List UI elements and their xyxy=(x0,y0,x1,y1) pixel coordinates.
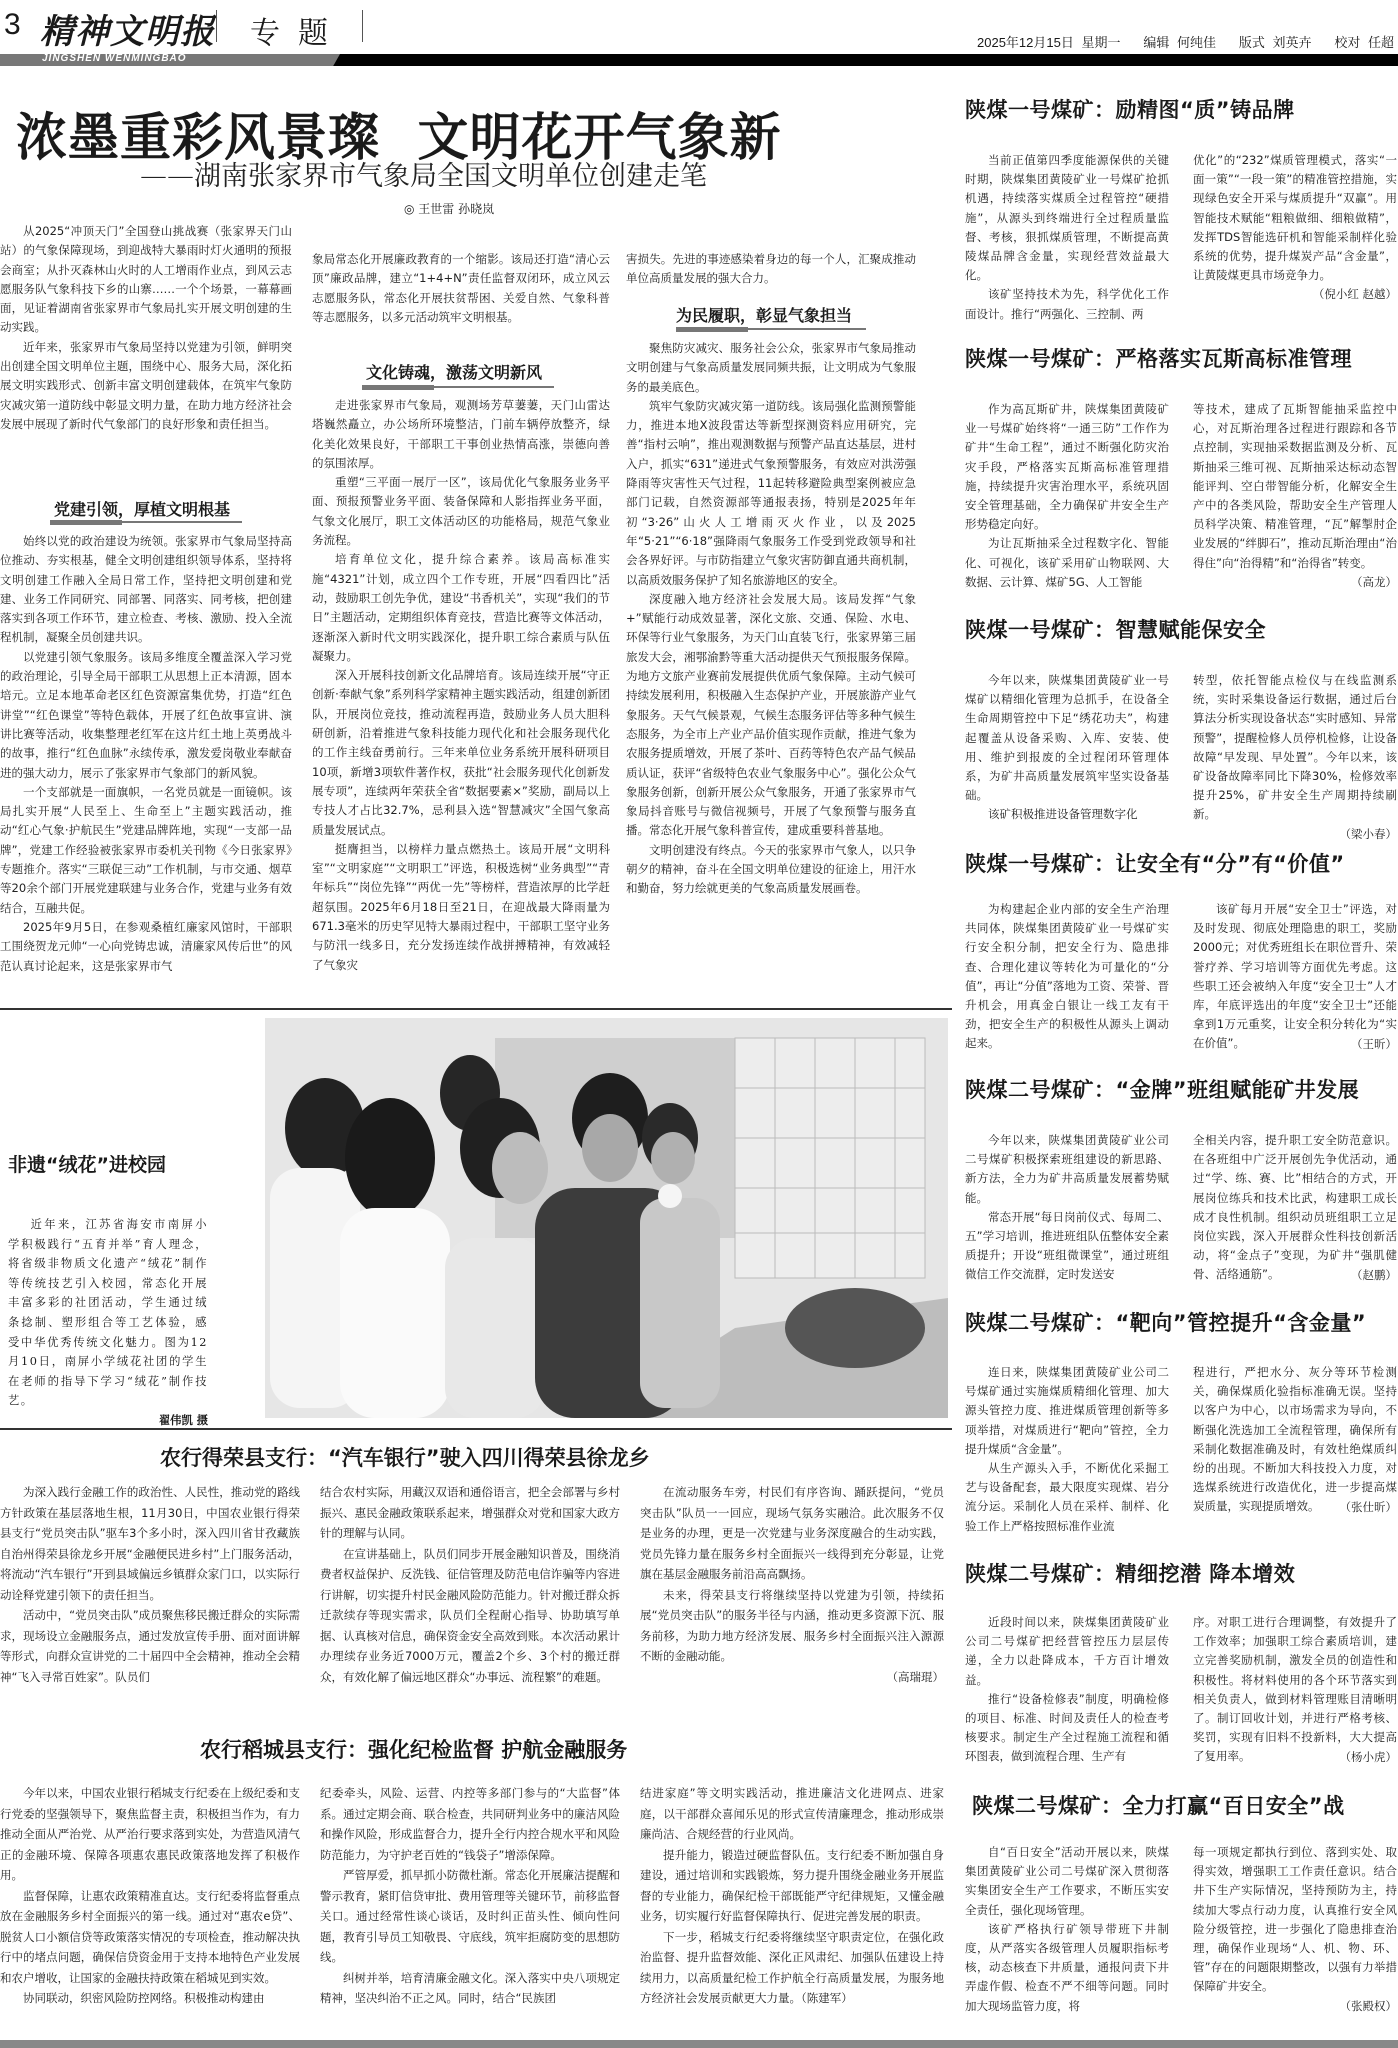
paragraph: 为让瓦斯抽采全过程数字化、智能化、可视化，该矿采用矿山物联网、大数据、云计算、煤… xyxy=(965,534,1169,592)
sidebar-col-left: 今年以来，陕煤集团黄陵矿业公司二号煤矿积极探索班组建设的新思路、新方法，全力为矿… xyxy=(965,1131,1169,1285)
caption-paragraph: 近年来，江苏省海安市南屏小学积极践行“五育并举”育人理念，将省级非物质文化遗产“… xyxy=(8,1215,208,1411)
sidebar-col-left: 连日来，陕煤集团黄陵矿业公司二号煤矿通过实施煤质精细化管理、加大源头管控力度、推… xyxy=(965,1363,1169,1536)
sidebar-title: 陕煤一号煤矿：励精图“质”铸品牌 xyxy=(965,94,1295,124)
article-signature: （高龙） xyxy=(1193,573,1397,592)
photo-caption: 近年来，江苏省海安市南屏小学积极践行“五育并举”育人理念，将省级非物质文化遗产“… xyxy=(8,1215,208,1431)
paragraph: 从2025“冲顶天门”全国登山挑战赛（张家界天门山站）的气象保障现场，到迎战特大… xyxy=(0,222,292,338)
sidebar-col-right: 程进行，严把水分、灰分等环节检测关，确保煤质化验指标准确无误。坚持以客户为中心，… xyxy=(1193,1363,1397,1517)
paragraph: 培育单位文化，提升综合素养。该局高标准实施“4321”计划，成立四个工作专班，开… xyxy=(312,550,610,666)
paragraph: 今年以来，陕煤集团黄陵矿业一号煤矿以精细化管理为总抓手，在设备全生命周期管控中下… xyxy=(965,671,1169,805)
paragraph: 挺膺担当，以榜样力量点燃热土。该局开展“文明科室”“文明家庭”“文明职工”评选，… xyxy=(312,840,610,975)
daocheng-col3: 结进家庭”等文明实践活动，推进廉洁文化进网点、进家庭，以干部群众喜闻乐见的形式宣… xyxy=(640,1783,944,2009)
paragraph: 推行“设备检修表”制度，明确检修的项目、标准、时间及责任人的检查考核要求。制定生… xyxy=(965,1690,1169,1767)
page-number: 3 xyxy=(4,8,21,42)
section-label: 专题 xyxy=(250,8,346,52)
sidebar-col-right: 序。对职工进行合理调整，有效提升了工作效率；加强职工综合素质培训，建立完善奖励机… xyxy=(1193,1613,1397,1767)
divider xyxy=(216,10,217,42)
sidebar-gutter xyxy=(955,70,956,2035)
paragraph: 一个支部就是一面旗帜，一名党员就是一面镜帜。该局扎实开展“人民至上、生命至上”主… xyxy=(0,783,292,918)
editor-name: 何纯佳 xyxy=(1177,35,1216,50)
main-col3-top: 害损失。先进的事迹感染着身边的每一个人，汇聚成推动单位高质量发展的强大合力。 xyxy=(626,250,916,289)
paragraph: 在流动服务车旁，村民们有序咨询、踊跃提问，“党员突击队”队员一一回应，现场气氛务… xyxy=(640,1482,944,1585)
paragraph: 未来，得荣县支行将继续坚持以党建为引领，持续拓展“党员突击队”的服务半径与内涵，… xyxy=(640,1585,944,1667)
paragraph: 结合农村实际，用藏汉双语和通俗语言，把全会部署与乡村振兴、惠民金融政策联系起来，… xyxy=(320,1482,620,1544)
news-photo xyxy=(265,1018,948,1418)
paragraph: 自“百日安全”活动开展以来，陕煤集团黄陵矿业公司二号煤矿深入贯彻落实集团安全生产… xyxy=(965,1843,1169,1920)
layout-name: 刘英卉 xyxy=(1272,35,1311,50)
divider xyxy=(362,10,363,42)
sidebar-col-left: 作为高瓦斯矿井，陕煤集团黄陵矿业一号煤矿始终将“一通三防”工作作为矿井“生命工程… xyxy=(965,400,1169,592)
article-signature: （张殿权） xyxy=(1193,1997,1397,2016)
newspaper-logo: 精神文明报 xyxy=(40,4,215,53)
paragraph: 走进张家界市气象局，观测场芳草萋萋，天门山雷达塔巍然矗立，办公场所环境整洁，门前… xyxy=(312,396,610,473)
paragraph: 活动中，“党员突击队”成员聚焦移民搬迁群众的实际需求，现场设立金融服务点，通过发… xyxy=(0,1605,300,1687)
sidebar-col-right: 每一项规定都执行到位、落到实处、取得实效，增强职工工作责任意识。结合井下生产实际… xyxy=(1193,1843,1397,2016)
paragraph: 该矿积极推进设备管理数字化 xyxy=(965,805,1169,824)
paragraph: 象局常态化开展廉政教育的一个缩影。该局还打造“清心云顶”廉政品牌，建立“1+4+… xyxy=(312,250,610,327)
paragraph: 从生产源头入手，不断优化采掘工艺与设备配套，最大限度实现煤、岩分流分运。采制化人… xyxy=(965,1459,1169,1536)
article-signature: （高瑞琨） xyxy=(640,1667,944,1688)
sidebar-title: 陕煤一号煤矿：让安全有“分”有“价值” xyxy=(965,848,1345,878)
sidebar-title: 陕煤二号煤矿：“靶向”管控提升“含金量” xyxy=(965,1307,1366,1337)
section-divider xyxy=(0,1428,952,1430)
newspaper-roman-name: JINGSHEN WENMINGBAO xyxy=(42,53,187,64)
paragraph: 重塑“三平面一展厅一区”，该局优化气象服务业务平面、预报预警业务平面、装备保障和… xyxy=(312,473,610,550)
sidebar-col-right: 全相关内容，提升职工安全防范意识。在各班组中广泛开展创先争优活动，通过“学、练、… xyxy=(1193,1131,1397,1285)
paragraph: 作为高瓦斯矿井，陕煤集团黄陵矿业一号煤矿始终将“一通三防”工作作为矿井“生命工程… xyxy=(965,400,1169,534)
subhead-rule-accent xyxy=(362,385,434,390)
sidebar-col-right: 优化”的“232”煤质管理模式，落实“一面一策”“一段一策”的精准管控措施，实现… xyxy=(1193,151,1397,305)
paragraph: 下一步，稻城支行纪委将继续坚守职责定位，在强化政治监督、提升监督效能、深化正风肃… xyxy=(640,1927,944,2009)
paragraph: 序。对职工进行合理调整，有效提升了工作效率；加强职工综合素质培训，建立完善奖励机… xyxy=(1193,1613,1397,1767)
paragraph: 今年以来，中国农业银行稻城支行纪委在上级纪委和支行党委的坚强领导下，聚焦监督主责… xyxy=(0,1783,300,1886)
masthead: 3 精神文明报 专题 2025年12月15日 星期一 编辑 何纯佳 版式 刘英卉… xyxy=(0,0,1398,54)
main-col1-intro: 从2025“冲顶天门”全国登山挑战赛（张家界天门山站）的气象保障现场，到迎战特大… xyxy=(0,222,292,434)
paragraph: 深入开展科技创新文化品牌培育。该局连续开展“守正创新·奉献气象”系列科学家精神主… xyxy=(312,666,610,840)
article-signature: （倪小红 赵越） xyxy=(1193,285,1397,304)
daocheng-col1: 今年以来，中国农业银行稻城支行纪委在上级纪委和支行党委的坚强领导下，聚焦监督主责… xyxy=(0,1783,300,2009)
paragraph: 2025年9月5日，在参观桑植红廉家风馆时，干部职工围绕贺龙元帅“一心向党铸忠诚… xyxy=(0,918,292,976)
sidebar-col-left: 当前正值第四季度能源保供的关键时期，陕煤集团黄陵矿业一号煤矿抢抓机遇，持续落实煤… xyxy=(965,151,1169,324)
main-col1-body: 始终以党的政治建设为统领。张家界市气象局坚持高位推动、夯实根基，健全文明创建组织… xyxy=(0,532,292,976)
paragraph: 为构建起企业内部的安全生产治理共同体，陕煤集团黄陵矿业一号煤矿实行安全积分制，把… xyxy=(965,900,1169,1054)
subhead-culture: 文化铸魂，激荡文明新风 xyxy=(366,360,542,383)
paragraph: 转型，依托智能点检仪与在线监测系统，实时采集设备运行数据，通过后台算法分析实现设… xyxy=(1193,671,1397,825)
paragraph: 结进家庭”等文明实践活动，推进廉洁文化进网点、进家庭，以干部群众喜闻乐见的形式宣… xyxy=(640,1783,944,1845)
paragraph: 该矿严格执行矿领导带班下井制度，从严落实各级管理人员履职指标考核，动态核查下井质… xyxy=(965,1920,1169,2016)
section-divider xyxy=(0,1008,952,1010)
main-col2-body: 走进张家界市气象局，观测场芳草萋萋，天门山雷达塔巍然矗立，办公场所环境整洁，门前… xyxy=(312,396,610,975)
paragraph: 聚焦防灾减灾、服务社会公众，张家界市气象局推动文明创建与气象高质量发展同频共振，… xyxy=(626,339,916,397)
main-col3-body: 聚焦防灾减灾、服务社会公众，张家界市气象局推动文明创建与气象高质量发展同频共振，… xyxy=(626,339,916,899)
sidebar-title: 陕煤二号煤矿：全力打赢“百日安全”战 xyxy=(972,1790,1345,1820)
paragraph: 等技术，建成了瓦斯智能抽采监控中心，对瓦斯治理各过程进行跟踪和各节点控制，实现抽… xyxy=(1193,400,1397,573)
paragraph: 筑牢气象防灾减灾第一道防线。该局强化监测预警能力，推进本地X波段雷达等新型探测资… xyxy=(626,397,916,590)
issue-weekday: 星期一 xyxy=(1081,35,1120,50)
photo-feature-title: 非遗“绒花”进校园 xyxy=(8,1150,166,1177)
sidebar-col-left: 自“百日安全”活动开展以来，陕煤集团黄陵矿业公司二号煤矿深入贯彻落实集团安全生产… xyxy=(965,1843,1169,2016)
paragraph: 优化”的“232”煤质管理模式，落实“一面一策”“一段一策”的精准管控措施，实现… xyxy=(1193,151,1397,285)
sidebar-col-left: 今年以来，陕煤集团黄陵矿业一号煤矿以精细化管理为总抓手，在设备全生命周期管控中下… xyxy=(965,671,1169,825)
paragraph: 近年来，张家界市气象局坚持以党建为引领，鲜明突出创建全国文明单位主题，围绕中心、… xyxy=(0,338,292,434)
paragraph: 严管厚爱，抓早抓小防微杜渐。常态化开展廉洁提醒和警示教育，紧盯信贷审批、费用管理… xyxy=(320,1865,620,1968)
paragraph: 在宣讲基础上，队员们同步开展金融知识普及，围绕消费者权益保护、反洗钱、征信管理及… xyxy=(320,1544,620,1688)
paragraph: 协同联动，织密风险防控网络。积极推动构建由 xyxy=(0,1988,300,2009)
subhead-service: 为民履职，彰显气象担当 xyxy=(676,303,852,326)
sidebar-col-right: 该矿每月开展“安全卫士”评选，对及时发现、彻底处理隐患的职工，奖励2000元；对… xyxy=(1193,900,1397,1054)
sidebar-col-left: 近段时间以来，陕煤集团黄陵矿业公司二号煤矿把经营管控压力层层传递，全力以赴降成本… xyxy=(965,1613,1169,1767)
paragraph: 纪委牵头，风险、运营、内控等多部门参与的“大监督”体系。通过定期会商、联合检查，… xyxy=(320,1783,620,1865)
footer-bar xyxy=(0,2040,1398,2048)
paragraph: 文明创建没有终点。今天的张家界市气象人，以只争朝夕的精神，奋斗在全国文明单位建设… xyxy=(626,841,916,899)
subhead-rule-accent xyxy=(50,520,122,525)
editor-label: 编辑 xyxy=(1143,35,1169,50)
sidebar-col-left: 为构建起企业内部的安全生产治理共同体，陕煤集团黄陵矿业一号煤矿实行安全积分制，把… xyxy=(965,900,1169,1054)
proof-label: 校对 xyxy=(1334,35,1360,50)
paragraph: 监督保障，让惠农政策精准直达。支行纪委将监督重点放在金融服务乡村全面振兴的第一线… xyxy=(0,1886,300,1989)
article-signature: （梁小春） xyxy=(1193,825,1397,844)
paragraph: 连日来，陕煤集团黄陵矿业公司二号煤矿通过实施煤质精细化管理、加大源头管控力度、推… xyxy=(965,1363,1169,1459)
sidebar-title: 陕煤二号煤矿：“金牌”班组赋能矿井发展 xyxy=(965,1074,1359,1104)
derong-col3: 在流动服务车旁，村民们有序咨询、踊跃提问，“党员突击队”队员一一回应，现场气氛务… xyxy=(640,1482,944,1687)
paragraph: 每一项规定都执行到位、落到实处、取得实效，增强职工工作责任意识。结合井下生产实际… xyxy=(1193,1843,1397,1997)
layout-label: 版式 xyxy=(1239,35,1265,50)
subhead-rule-accent xyxy=(676,327,748,332)
paragraph: 今年以来，陕煤集团黄陵矿业公司二号煤矿积极探索班组建设的新思路、新方法，全力为矿… xyxy=(965,1131,1169,1208)
paragraph: 该矿每月开展“安全卫士”评选，对及时发现、彻底处理隐患的职工，奖励2000元；对… xyxy=(1193,900,1397,1054)
photo-illustration xyxy=(265,1018,948,1418)
derong-col1: 为深入践行金融工作的政治性、人民性，推动党的路线方针政策在基层落地生根，11月3… xyxy=(0,1482,300,1687)
sidebar-title: 陕煤二号煤矿：精细挖潜 降本增效 xyxy=(965,1558,1295,1588)
main-subheadline: ——湖南张家界市气象局全国文明单位创建走笔 xyxy=(140,154,707,193)
paragraph: 纠树并举，培育清廉金融文化。深入落实中央八项规定精神，坚决纠治不正之风。同时，结… xyxy=(320,1968,620,2009)
paragraph: 提升能力，锻造过硬监督队伍。支行纪委不断加强自身建设，通过培训和实践锻炼，努力提… xyxy=(640,1845,944,1927)
paragraph: 该矿坚持技术为先，科学优化工作面设计。推行“两强化、三控制、两 xyxy=(965,285,1169,323)
issue-date: 2025年12月15日 xyxy=(977,35,1074,50)
article-title-daocheng: 农行稻城县支行：强化纪检监督 护航金融服务 xyxy=(200,1734,627,1764)
paragraph: 近段时间以来，陕煤集团黄陵矿业公司二号煤矿把经营管控压力层层传递，全力以赴降成本… xyxy=(965,1613,1169,1690)
sidebar-title: 陕煤一号煤矿：严格落实瓦斯高标准管理 xyxy=(965,343,1352,373)
main-byline: ◎ 王世雷 孙晓岚 xyxy=(404,200,494,217)
paragraph: 常态开展“每日岗前仪式、每周二、五”学习培训，推进班组队伍整体安全素质提升；开设… xyxy=(965,1208,1169,1285)
paragraph: 为深入践行金融工作的政治性、人民性，推动党的路线方针政策在基层落地生根，11月3… xyxy=(0,1482,300,1605)
proof-name: 任超 xyxy=(1368,35,1394,50)
subhead-party-building: 党建引领，厚植文明根基 xyxy=(54,497,230,520)
paragraph: 全相关内容，提升职工安全防范意识。在各班组中广泛开展创先争优活动，通过“学、练、… xyxy=(1193,1131,1397,1285)
paragraph: 始终以党的政治建设为统领。张家界市气象局坚持高位推动、夯实根基，健全文明创建组织… xyxy=(0,532,292,648)
paragraph: 害损失。先进的事迹感染着身边的每一个人，汇聚成推动单位高质量发展的强大合力。 xyxy=(626,250,916,289)
sidebar-title: 陕煤一号煤矿：智慧赋能保安全 xyxy=(965,614,1266,644)
paragraph: 当前正值第四季度能源保供的关键时期，陕煤集团黄陵矿业一号煤矿抢抓机遇，持续落实煤… xyxy=(965,151,1169,285)
paragraph: 以党建引领气象服务。该局多维度全覆盖深入学习党的政治理论，引导全局干部职工从思想… xyxy=(0,648,292,783)
issue-meta: 2025年12月15日 星期一 编辑 何纯佳 版式 刘英卉 校对 任超 xyxy=(977,32,1394,51)
paragraph: 程进行，严把水分、灰分等环节检测关，确保煤质化验指标准确无误。坚持以客户为中心，… xyxy=(1193,1363,1397,1517)
paragraph: 深度融入地方经济社会发展大局。该局发挥“气象+”赋能行动成效显著，深化文旅、交通… xyxy=(626,590,916,841)
sidebar-col-right: 转型，依托智能点检仪与在线监测系统，实时采集设备运行数据，通过后台算法分析实现设… xyxy=(1193,671,1397,844)
sidebar-col-right: 等技术，建成了瓦斯智能抽采监控中心，对瓦斯治理各过程进行跟踪和各节点控制，实现抽… xyxy=(1193,400,1397,592)
article-title-derong: 农行得荣县支行：“汽车银行”驶入四川得荣县徐龙乡 xyxy=(160,1442,650,1472)
main-col2-top: 象局常态化开展廉政教育的一个缩影。该局还打造“清心云顶”廉政品牌，建立“1+4+… xyxy=(312,250,610,327)
daocheng-col2: 纪委牵头，风险、运营、内控等多部门参与的“大监督”体系。通过定期会商、联合检查，… xyxy=(320,1783,620,2009)
derong-col2: 结合农村实际，用藏汉双语和通俗语言，把全会部署与乡村振兴、惠民金融政策联系起来，… xyxy=(320,1482,620,1687)
